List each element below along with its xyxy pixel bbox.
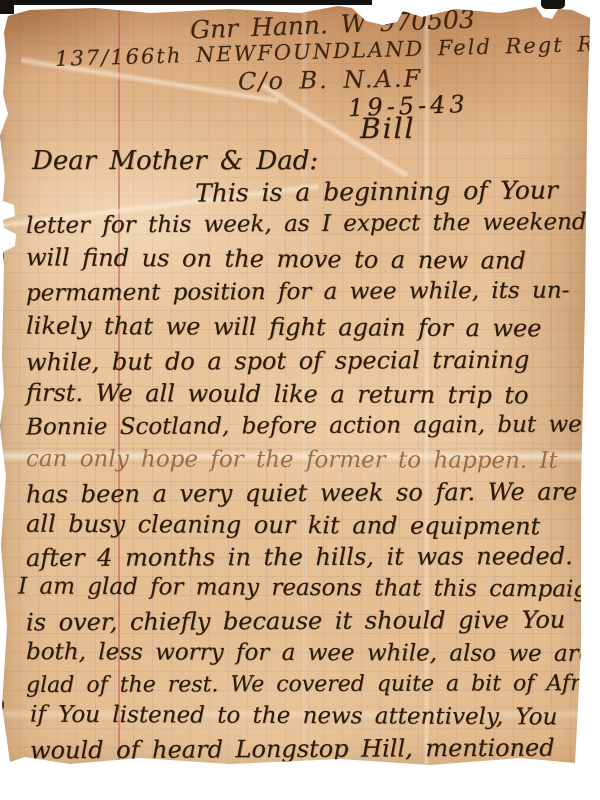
torn-edge-mark [0,252,4,261]
body-line: would of heard Longstop Hill, mentioned [30,734,555,765]
body-line: This is a beginning of Your [195,175,558,207]
scanner-dark-edge [0,0,372,5]
address-line: C/o B. N.A.F [238,64,423,95]
body-line: will find us on the move to a new and [26,243,526,274]
signature-name: Bill [360,112,415,145]
salutation: Dear Mother & Dad: [32,146,318,176]
scanner-dark-notch [541,0,565,9]
body-line: after 4 months in the hills, it was need… [26,542,573,572]
body-line: has been a very quiet week so far. We ar… [26,478,577,509]
body-line: while, but do a spot of special training [26,346,529,377]
body-line: can only hope for the former to happen. … [26,446,558,474]
body-line: both, less worry for a wee while, also w… [26,639,592,667]
body-line: letter for this week, as I expect the we… [26,209,587,239]
torn-edge-mark [0,700,4,710]
body-line: likely that we will fight again for a we… [26,312,542,343]
body-line: all busy cleaning our kit and equipment [26,510,540,541]
scanner-dark-corner [0,0,14,14]
letter-page: Gnr Hann. W 970503 137/166th NEWFOUNDLAN… [0,6,592,774]
body-line: I am glad for many reasons that this cam… [18,573,600,602]
body-line: permament position for a wee while, its … [26,278,570,307]
torn-edge-mark [0,386,3,394]
body-line: first. We all would like a return trip t… [26,379,529,410]
body-line: Bonnie Scotland, before action again, bu… [26,412,582,441]
body-line: glad of the rest. We covered quite a bit… [26,671,600,698]
torn-edge-mark [0,304,3,315]
body-line: is over, chiefly because it should give … [26,606,565,637]
body-line: if You listened to the news attentively,… [30,702,557,731]
